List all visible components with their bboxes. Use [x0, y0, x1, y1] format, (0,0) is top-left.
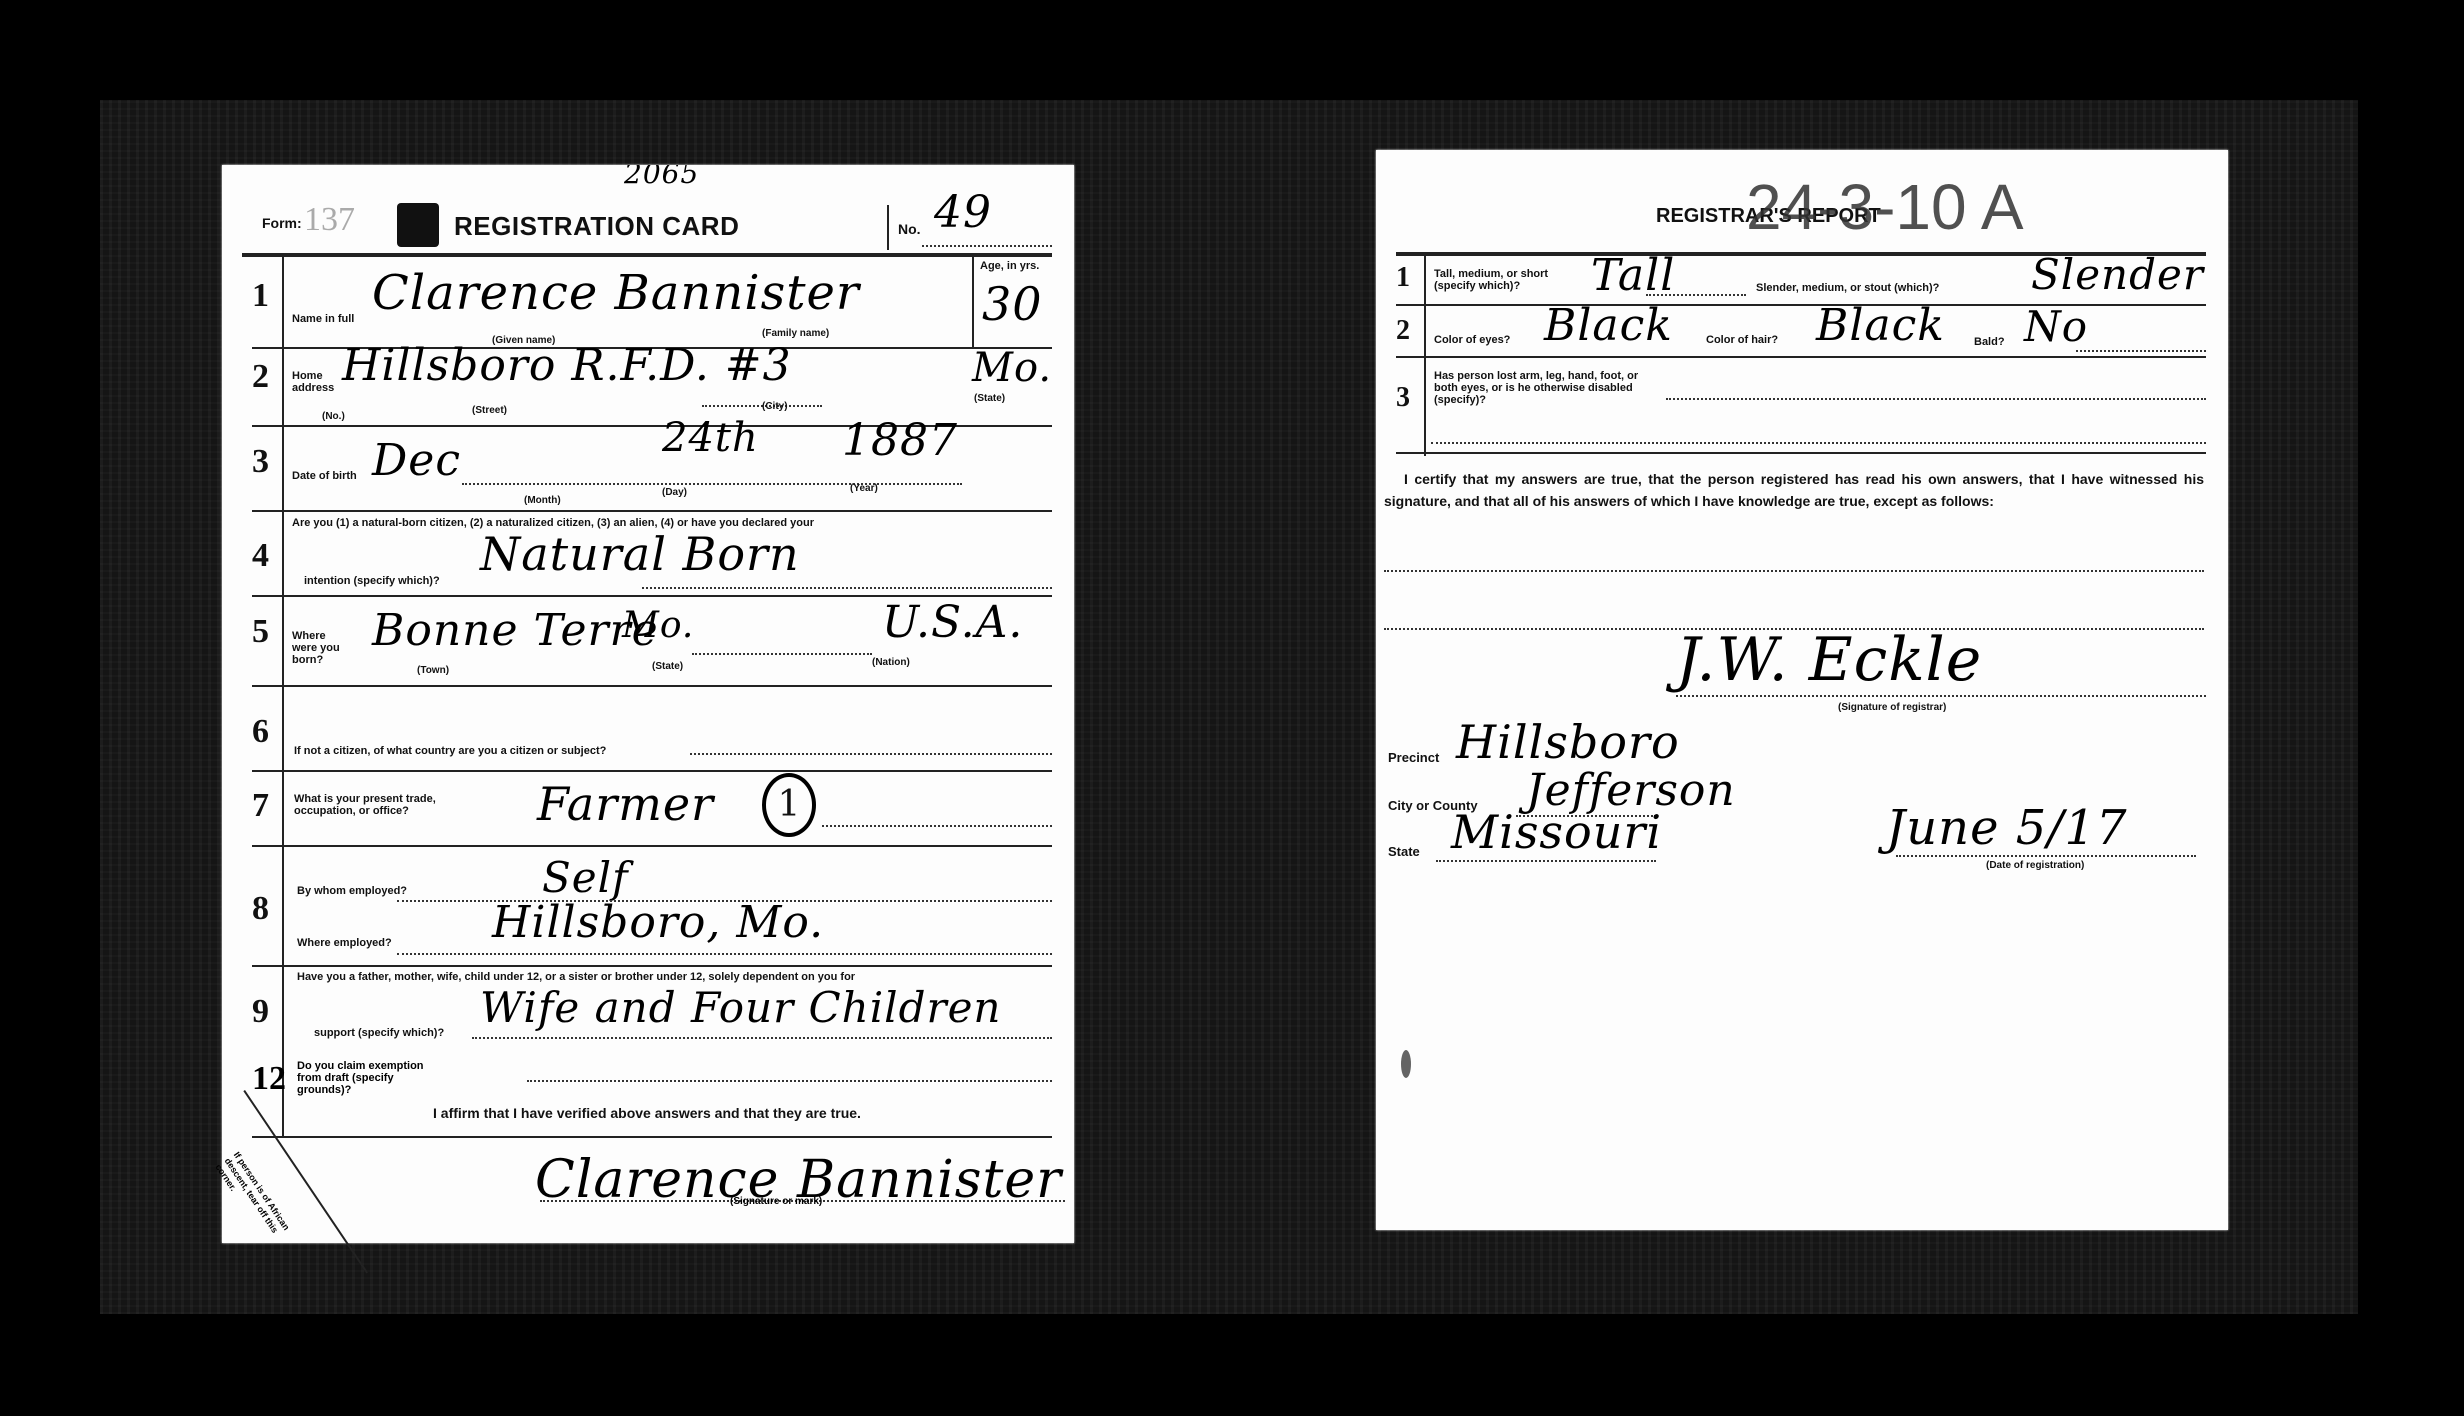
birth-year: 1887 [842, 415, 958, 466]
dotted-line [1384, 570, 2204, 572]
card-title: REGISTRATION CARD [454, 211, 739, 242]
citizenship-status: Natural Born [480, 527, 800, 581]
row-number: 3 [252, 443, 269, 481]
dotted-line [1646, 294, 1746, 296]
build-label: Slender, medium, or stout (which)? [1756, 282, 1939, 294]
birth-town: Bonne Terre [372, 605, 659, 656]
sublabel: (Nation) [872, 657, 910, 668]
rule [1396, 356, 2206, 358]
row-number: 3 [1396, 382, 1410, 414]
disability-label: Has person lost arm, leg, hand, foot, or… [1434, 370, 1654, 406]
row-number: 7 [252, 787, 269, 825]
citizenship-label: intention (specify which)? [304, 575, 440, 587]
age-column [972, 257, 974, 347]
ink-blot [1401, 1050, 1411, 1078]
birth-day: 24th [662, 415, 759, 461]
occupation-label: What is your present trade, occupation, … [294, 793, 444, 817]
sublabel: (Street) [472, 405, 507, 416]
age-value: 30 [982, 277, 1043, 331]
rule [252, 965, 1052, 967]
dotted-line [1666, 398, 2206, 400]
dotted-line [822, 825, 1052, 827]
birth-month: Dec [372, 435, 461, 486]
dotted-line [527, 1080, 1052, 1082]
dotted-line [922, 245, 1052, 247]
rule [252, 1136, 1052, 1138]
employer: Self [542, 853, 629, 902]
eye-color: Black [1544, 300, 1673, 351]
signature-label: (Signature or mark) [730, 1196, 822, 1207]
rule [1396, 452, 2206, 454]
sublabel: (City) [762, 401, 788, 412]
state-label: State [1388, 844, 1420, 859]
dotted-line [690, 753, 1052, 755]
state: Missouri [1451, 805, 1662, 859]
dependents-question: Have you a father, mother, wife, child u… [297, 971, 1052, 983]
birth-state: Mo. [622, 605, 694, 646]
redaction-mark [397, 203, 439, 247]
row-number: 6 [252, 713, 269, 751]
dotted-line [1436, 860, 1656, 862]
bald-value: No [2024, 302, 2088, 351]
circled-mark: 1 [762, 773, 816, 837]
build-value: Slender [2031, 250, 2204, 299]
row-number: 5 [252, 613, 269, 651]
rule [252, 845, 1052, 847]
dotted-line [462, 483, 962, 485]
dotted-line [1431, 442, 2206, 444]
precinct: Hillsboro [1456, 715, 1680, 769]
age-label: Age, in yrs. [980, 260, 1039, 272]
row-number: 8 [252, 890, 269, 928]
dotted-line [2076, 350, 2206, 352]
row-number-12: 12 [252, 1060, 286, 1098]
number-label: No. [898, 221, 921, 237]
sublabel: (Year) [850, 483, 878, 494]
row-number: 2 [252, 358, 269, 396]
birth-label: Date of birth [292, 470, 357, 482]
home-state: Mo. [972, 345, 1052, 391]
dotted-line [472, 1037, 1052, 1039]
sublabel: (No.) [322, 411, 345, 422]
precinct-label: Precinct [1388, 750, 1439, 765]
dotted-line [1896, 855, 2196, 857]
occupation: Farmer [537, 777, 714, 831]
affirmation-text: I affirm that I have verified above answ… [433, 1105, 861, 1121]
dotted-line [397, 953, 1052, 955]
dotted-line [642, 587, 1052, 589]
row-number: 9 [252, 993, 269, 1031]
form-label: Form: [262, 215, 302, 231]
home-address: Hillsboro R.F.D. #3 [342, 340, 792, 391]
rule [252, 770, 1052, 772]
divider [887, 205, 889, 250]
row-number: 1 [1396, 262, 1410, 294]
sublabel: (State) [974, 393, 1005, 404]
height-label: Tall, medium, or short (specify which)? [1434, 268, 1574, 292]
name-label: Name in full [292, 313, 354, 325]
row-number: 2 [1396, 315, 1410, 347]
registrars-report-card: REGISTRAR'S REPORT 24-3-10 A 1 Tall, med… [1376, 150, 2228, 1230]
address-label: Home address [292, 370, 332, 394]
card-number: 49 [934, 187, 992, 238]
full-name: Clarence Bannister [372, 265, 860, 321]
rule [252, 510, 1052, 512]
rule [242, 253, 1052, 257]
dependents: Wife and Four Children [480, 983, 1001, 1032]
registrar-signature-label: (Signature of registrar) [1838, 702, 1946, 713]
rule [252, 685, 1052, 687]
certification-text: I certify that my answers are true, that… [1384, 468, 2204, 512]
dependents-label: support (specify which)? [314, 1027, 444, 1039]
row-number: 1 [252, 277, 269, 315]
registrar-signature: J.W. Eckle [1676, 625, 1982, 695]
sublabel: (Town) [417, 665, 449, 676]
foreign-citizenship-label: If not a citizen, of what country are yo… [294, 745, 606, 757]
registration-card-footer: Do you claim exemption from draft (speci… [222, 1040, 1074, 1243]
hair-color-label: Color of hair? [1706, 334, 1778, 346]
sublabel: (Day) [662, 487, 687, 498]
eye-color-label: Color of eyes? [1434, 334, 1510, 346]
hair-color: Black [1816, 300, 1945, 351]
dotted-line [1676, 695, 2206, 697]
sublabel: (Family name) [762, 328, 829, 339]
bald-label: Bald? [1974, 336, 2005, 348]
row-number: 4 [252, 537, 269, 575]
registration-date: June 5/17 [1886, 800, 2128, 856]
employer-label: By whom employed? [297, 885, 407, 897]
birth-nation: U.S.A. [882, 597, 1023, 648]
annotation-top: 2065 [624, 165, 699, 190]
serial-stamp: 24-3-10 A [1746, 170, 2024, 244]
sublabel: (State) [652, 661, 683, 672]
employment-place-label: Where employed? [297, 937, 392, 949]
exemption-label: Do you claim exemption from draft (speci… [297, 1060, 447, 1096]
dotted-line [692, 653, 872, 655]
employment-place: Hillsboro, Mo. [492, 897, 824, 948]
form-number: 137 [304, 201, 355, 239]
sublabel: (Month) [524, 495, 561, 506]
birthplace-label: Where were you born? [292, 630, 352, 666]
registration-date-label: (Date of registration) [1986, 860, 2084, 871]
